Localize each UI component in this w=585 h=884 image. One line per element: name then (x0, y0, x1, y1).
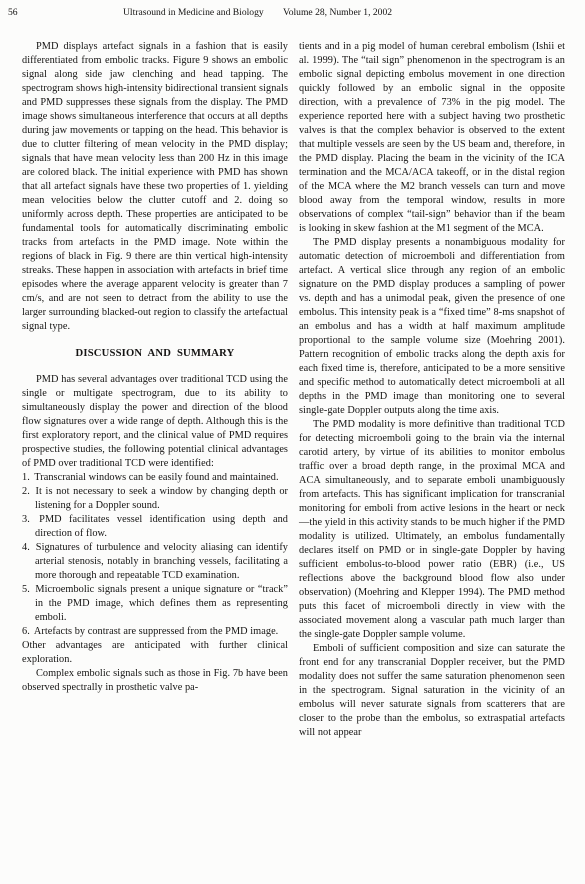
paragraph-complex-signals: Complex embolic signals such as those in… (22, 667, 288, 695)
list-item-text: PMD facilitates vessel identification us… (35, 514, 288, 539)
volume-info: Volume 28, Number 1, 2002 (283, 7, 392, 18)
list-item: 3. PMD facilitates vessel identification… (22, 513, 288, 541)
list-item-number: 2. (22, 486, 32, 497)
list-item: 6. Artefacts by contrast are suppressed … (22, 625, 288, 639)
section-heading-discussion: DISCUSSION AND SUMMARY (22, 347, 288, 361)
paragraph-saturation: Emboli of sufficient composition and siz… (299, 642, 565, 740)
two-column-body: PMD displays artefact signals in a fashi… (0, 40, 585, 740)
paragraph-nonambiguous-modality: The PMD display presents a nonambiguous … (299, 236, 565, 418)
list-item: 1. Transcranial windows can be easily fo… (22, 471, 288, 485)
list-item-number: 4. (22, 542, 32, 553)
list-item-number: 6. (22, 626, 32, 637)
paragraph-tail-sign: tients and in a pig model of human cereb… (299, 40, 565, 236)
list-item-number: 1. (22, 472, 32, 483)
list-item-number: 3. (22, 514, 32, 525)
paragraph-artefact-signals: PMD displays artefact signals in a fashi… (22, 40, 288, 334)
list-item-text: Signatures of turbulence and velocity al… (35, 542, 288, 581)
list-item: 2. It is not necessary to seek a window … (22, 485, 288, 513)
left-column: PMD displays artefact signals in a fashi… (22, 40, 288, 740)
paragraph-other-advantages: Other advantages are anticipated with fu… (22, 639, 288, 667)
list-item-text: It is not necessary to seek a window by … (35, 486, 288, 511)
list-item-text: Transcranial windows can be easily found… (34, 472, 278, 483)
running-head: 56 Ultrasound in Medicine and Biology Vo… (0, 0, 585, 40)
journal-page: 56 Ultrasound in Medicine and Biology Vo… (0, 0, 585, 884)
paragraph-advantages-intro: PMD has several advantages over traditio… (22, 373, 288, 471)
paragraph-pmd-definitive: The PMD modality is more definitive than… (299, 418, 565, 642)
list-item: 4. Signatures of turbulence and velocity… (22, 541, 288, 583)
advantages-list: 1. Transcranial windows can be easily fo… (22, 471, 288, 639)
right-column: tients and in a pig model of human cereb… (299, 40, 565, 740)
list-item: 5. Microembolic signals present a unique… (22, 583, 288, 625)
page-number: 56 (8, 7, 18, 18)
list-item-text: Microembolic signals present a unique si… (35, 584, 288, 623)
list-item-number: 5. (22, 584, 32, 595)
list-item-text: Artefacts by contrast are suppressed fro… (34, 626, 278, 637)
journal-title: Ultrasound in Medicine and Biology (123, 7, 264, 18)
